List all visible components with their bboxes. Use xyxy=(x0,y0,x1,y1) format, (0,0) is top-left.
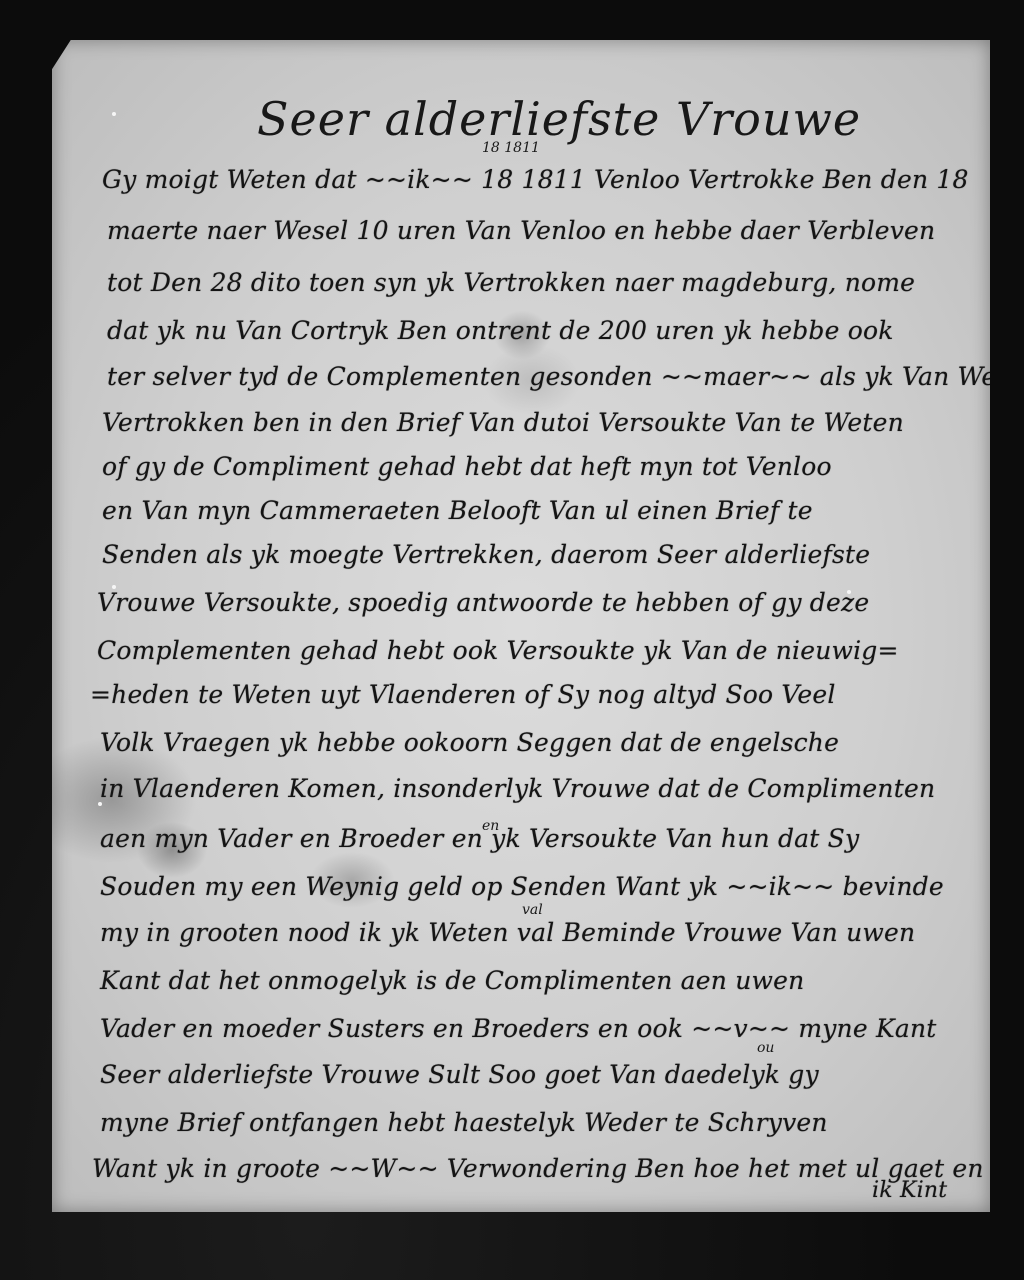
letter-line-6: Vertrokken ben in den Brief Van dutoi Ve… xyxy=(102,408,904,437)
letter-line-12: =heden te Weten uyt Vlaenderen of Sy nog… xyxy=(90,680,836,709)
line-text: =heden te Weten uyt Vlaenderen of Sy nog… xyxy=(90,680,836,709)
letter-line-10: Vrouwe Versoukte, spoedig antwoorde te h… xyxy=(97,588,869,617)
letter-line-13: Volk Vraegen yk hebbe ookoorn Seggen dat… xyxy=(100,728,839,757)
line-text: aen myn Vader en Broeder en yk Versoukte… xyxy=(100,824,859,853)
line-text: ik Kint xyxy=(872,1178,947,1203)
line-text: Kant dat het onmogelyk is de Complimente… xyxy=(100,966,804,995)
interlinear-note-en: en xyxy=(482,818,499,834)
line-text: myne Brief ontfangen hebt haestelyk Wede… xyxy=(100,1108,828,1137)
paper-speck xyxy=(98,802,102,806)
line-text: Seer alderliefste Vrouwe Sult Soo goet V… xyxy=(100,1060,819,1089)
letter-line-8: en Van myn Cammeraeten Belooft Van ul ei… xyxy=(102,496,813,525)
line-text: Senden als yk moegte Vertrekken, daerom … xyxy=(102,540,870,569)
letter-line-9: Senden als yk moegte Vertrekken, daerom … xyxy=(102,540,870,569)
line-text: ter selver tyd de Complementen gesonden … xyxy=(107,362,1024,391)
letter-line-3: tot Den 28 dito toen syn yk Vertrokken n… xyxy=(107,268,915,297)
line-text: tot Den 28 dito toen syn yk Vertrokken n… xyxy=(107,268,915,297)
line-text: Gy moigt Weten dat ~~ik~~ 18 1811 Venloo… xyxy=(102,165,969,194)
letter-line-18: Kant dat het onmogelyk is de Complimente… xyxy=(100,966,804,995)
line-text: Complementen gehad hebt ook Versoukte yk… xyxy=(97,636,899,665)
paper-speck xyxy=(847,590,851,594)
letter-line-23: ik Kint xyxy=(872,1178,947,1203)
line-text: dat yk nu Van Cortryk Ben ontrent de 200… xyxy=(107,316,894,345)
letter-line-19: Vader en moeder Susters en Broeders en o… xyxy=(100,1014,937,1043)
interlinear-note-val: val xyxy=(522,902,543,918)
line-text: my in grooten nood ik yk Weten val Bemin… xyxy=(100,918,915,947)
paper-speck xyxy=(112,585,116,589)
line-text: Souden my een Weynig geld op Senden Want… xyxy=(100,872,944,901)
line-text: Vader en moeder Susters en Broeders en o… xyxy=(100,1014,937,1043)
line-text: of gy de Compliment gehad hebt dat heft … xyxy=(102,452,832,481)
paper-speck xyxy=(112,112,116,116)
line-text: en Van myn Cammeraeten Belooft Van ul ei… xyxy=(102,496,813,525)
line-text: in Vlaenderen Komen, insonderlyk Vrouwe … xyxy=(100,774,935,803)
letter-line-11: Complementen gehad hebt ook Versoukte yk… xyxy=(97,636,899,665)
line-text: Volk Vraegen yk hebbe ookoorn Seggen dat… xyxy=(100,728,839,757)
letter-line-4: dat yk nu Van Cortryk Ben ontrent de 200… xyxy=(107,316,894,345)
letter-page: Seer alderliefste Vrouwe Gy moigt Weten … xyxy=(52,40,990,1212)
interlinear-note-date: 18 1811 xyxy=(482,140,540,156)
letter-line-16: Souden my een Weynig geld op Senden Want… xyxy=(100,872,944,901)
line-text: Vertrokken ben in den Brief Van dutoi Ve… xyxy=(102,408,904,437)
letter-line-5: ter selver tyd de Complementen gesonden … xyxy=(107,362,1024,391)
letter-line-15: aen myn Vader en Broeder en yk Versoukte… xyxy=(100,824,859,853)
line-text: Vrouwe Versoukte, spoedig antwoorde te h… xyxy=(97,588,869,617)
letter-line-1: Gy moigt Weten dat ~~ik~~ 18 1811 Venloo… xyxy=(102,165,969,194)
scan-background: Seer alderliefste Vrouwe Gy moigt Weten … xyxy=(0,0,1024,1280)
line-text: maerte naer Wesel 10 uren Van Venloo en … xyxy=(107,216,935,245)
letter-line-20: Seer alderliefste Vrouwe Sult Soo goet V… xyxy=(100,1060,819,1089)
letter-line-2: maerte naer Wesel 10 uren Van Venloo en … xyxy=(107,216,935,245)
letter-line-17: my in grooten nood ik yk Weten val Bemin… xyxy=(100,918,915,947)
letter-line-21: myne Brief ontfangen hebt haestelyk Wede… xyxy=(100,1108,828,1137)
interlinear-note-ou: ou xyxy=(757,1040,774,1056)
letter-line-14: in Vlaenderen Komen, insonderlyk Vrouwe … xyxy=(100,774,935,803)
salutation: Seer alderliefste Vrouwe xyxy=(257,92,861,146)
letter-line-7: of gy de Compliment gehad hebt dat heft … xyxy=(102,452,832,481)
